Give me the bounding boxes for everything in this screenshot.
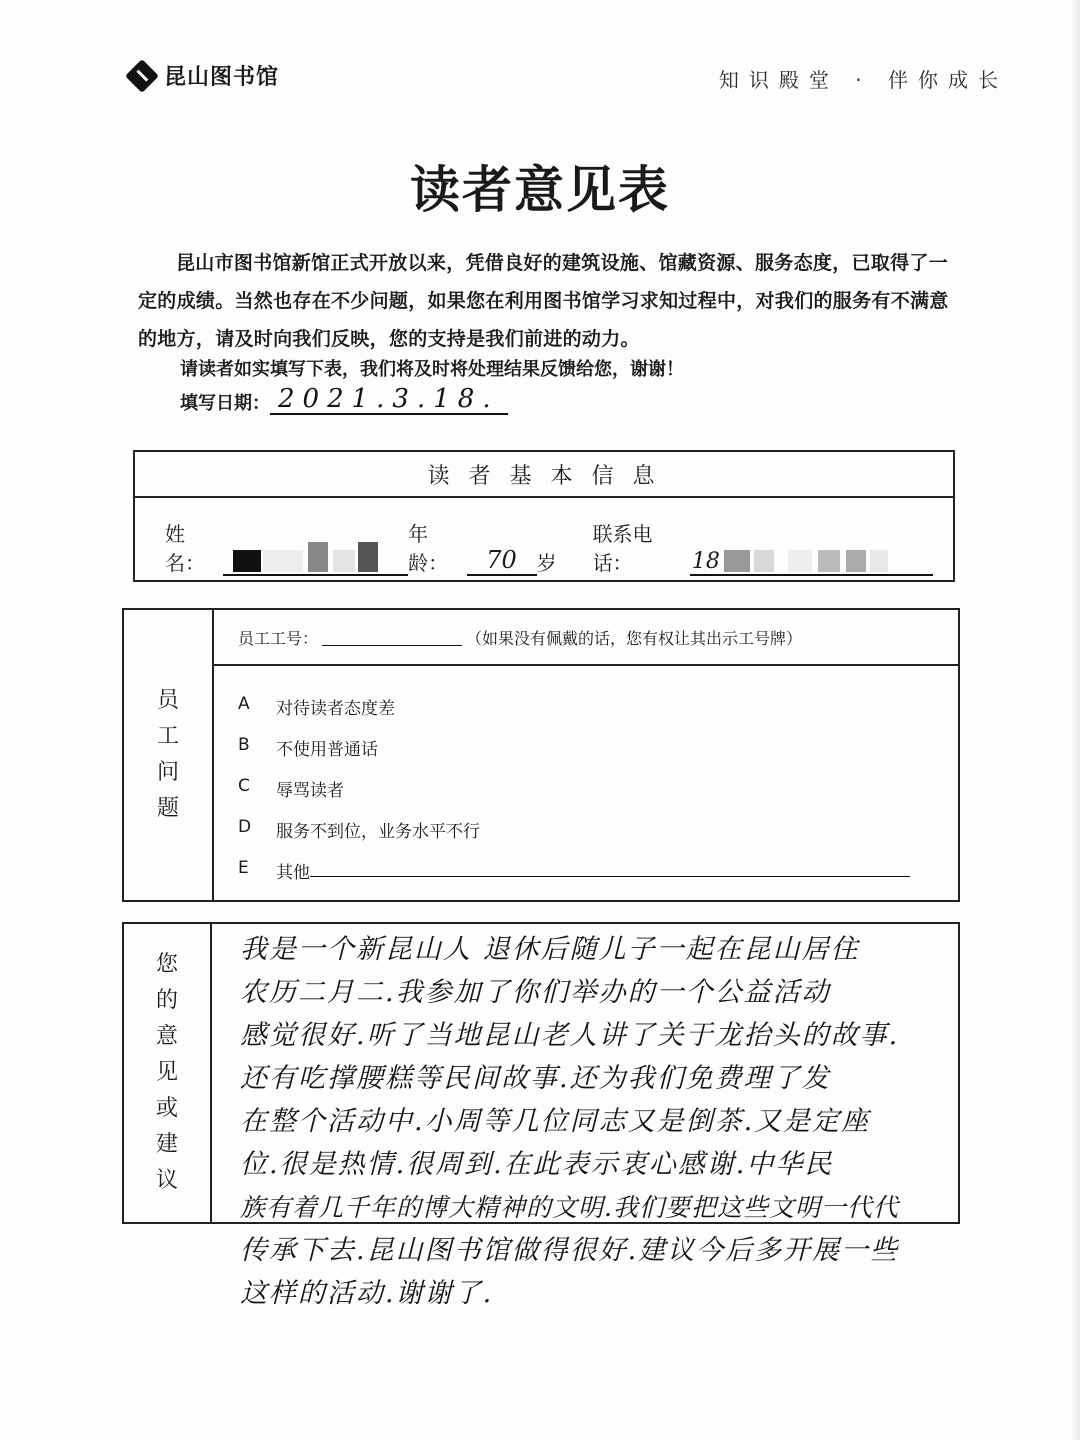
staff-id-label: 员工工号： [238, 626, 318, 649]
library-logo: 昆山图书馆 [130, 60, 279, 91]
label-char: 或 [156, 1091, 178, 1127]
handwritten-line: 位.很是热情.很周到.在此表示衷心感谢.中华民 [240, 1143, 1030, 1186]
phone-field[interactable]: 18 [690, 546, 933, 576]
request-text: 请读者如实填写下表，我们将及时将处理结果反馈给您，谢谢！ [180, 355, 684, 381]
date-field[interactable]: 2021.3.18. [270, 385, 508, 415]
label-char: 见 [156, 1055, 178, 1091]
redaction-block [818, 550, 840, 572]
redaction-block [308, 542, 328, 572]
option-d[interactable]: D 服务不到位，业务水平不行 [238, 817, 480, 842]
library-name: 昆山图书馆 [164, 60, 279, 91]
option-letter: A [238, 694, 276, 719]
option-text: 辱骂读者 [276, 776, 344, 801]
reader-info-heading: 读 者 基 本 信 息 [135, 452, 953, 498]
option-text: 不使用普通话 [276, 735, 378, 760]
label-char: 问 [157, 755, 179, 791]
name-field[interactable] [223, 546, 408, 576]
age-field[interactable]: 70 [467, 546, 537, 576]
option-letter: D [238, 817, 276, 842]
redaction-block [870, 550, 888, 572]
redaction-block [724, 550, 750, 572]
staff-issues-content: 员工工号： （如果没有佩戴的话，您有权让其出示工号牌） A 对待读者态度差 B … [214, 610, 958, 900]
option-c[interactable]: C 辱骂读者 [238, 776, 344, 801]
option-text: 对待读者态度差 [276, 694, 395, 719]
redaction-block [754, 550, 774, 572]
option-letter: B [238, 735, 276, 760]
feedback-form-page: 昆山图书馆 知识殿堂 · 伴你成长 读者意见表 昆山市图书馆新馆正式开放以来，凭… [0, 0, 1080, 1440]
opinion-label: 您 的 意 见 或 建 议 [124, 924, 212, 1222]
handwritten-line: 这样的活动.谢谢了. [240, 1272, 1030, 1315]
page-edge-shadow [1070, 0, 1080, 1440]
staff-id-row: 员工工号： （如果没有佩戴的话，您有权让其出示工号牌） [214, 610, 958, 666]
option-a[interactable]: A 对待读者态度差 [238, 694, 395, 719]
label-char: 工 [157, 719, 179, 755]
label-char: 建 [156, 1127, 178, 1163]
handwritten-line: 在整个活动中.小周等几位同志又是倒茶.又是定座 [240, 1100, 1030, 1143]
staff-id-field[interactable] [322, 629, 462, 646]
redaction-block [333, 550, 355, 572]
redaction-block [358, 542, 378, 572]
handwritten-line: 我是一个新昆山人 退休后随儿子一起在昆山居住 [240, 928, 1030, 971]
redaction-block [846, 550, 866, 572]
other-field[interactable] [310, 858, 910, 877]
option-letter: E [238, 858, 276, 883]
redaction-block [233, 550, 261, 572]
label-char: 议 [156, 1163, 178, 1199]
option-b[interactable]: B 不使用普通话 [238, 735, 378, 760]
label-char: 题 [157, 791, 179, 827]
age-label: 年龄： [408, 518, 466, 576]
redaction-block [263, 550, 303, 572]
handwritten-line: 族有着几千年的博大精神的文明.我们要把这些文明一代代 [240, 1186, 1030, 1229]
label-char: 员 [157, 683, 179, 719]
reader-info-box: 读 者 基 本 信 息 姓名： 年龄： 70 岁 联系电话： 18 [133, 450, 955, 582]
option-e[interactable]: E 其他 [238, 858, 910, 883]
form-title: 读者意见表 [0, 150, 1080, 222]
handwritten-line: 传承下去.昆山图书馆做得很好.建议今后多开展一些 [240, 1229, 1030, 1272]
redaction-block [788, 550, 812, 572]
handwritten-line: 还有吃撑腰糕等民间故事.还为我们免费理了发 [240, 1057, 1030, 1100]
staff-id-note: （如果没有佩戴的话，您有权让其出示工号牌） [466, 626, 802, 649]
age-unit: 岁 [537, 547, 557, 576]
staff-issues-box: 员 工 问 题 员工工号： （如果没有佩戴的话，您有权让其出示工号牌） A 对待… [122, 608, 960, 902]
library-book-logo-icon [125, 59, 159, 93]
handwritten-line: 农历二月二.我参加了你们举办的一个公益活动 [240, 971, 1030, 1014]
label-char: 意 [156, 1019, 178, 1055]
phone-label: 联系电话： [593, 518, 690, 576]
slogan: 知识殿堂 · 伴你成长 [719, 64, 1008, 93]
label-char: 的 [156, 983, 178, 1019]
option-text: 其他 [276, 858, 310, 883]
handwritten-line: 感觉很好.听了当地昆山老人讲了关于龙抬头的故事. [240, 1014, 1030, 1057]
opinion-handwritten-text[interactable]: 我是一个新昆山人 退休后随儿子一起在昆山居住 农历二月二.我参加了你们举办的一个… [240, 928, 1030, 1315]
fill-date-row: 填写日期： 2021.3.18. [180, 385, 508, 415]
staff-issues-label: 员 工 问 题 [124, 610, 214, 900]
intro-paragraph: 昆山市图书馆新馆正式开放以来，凭借良好的建筑设施、馆藏资源、服务态度，已取得了一… [138, 244, 958, 358]
date-label: 填写日期： [180, 389, 270, 415]
name-label: 姓名： [165, 518, 223, 576]
label-char: 您 [156, 947, 178, 983]
option-letter: C [238, 776, 276, 801]
reader-info-row: 姓名： 年龄： 70 岁 联系电话： 18 [165, 518, 933, 576]
option-text: 服务不到位，业务水平不行 [276, 817, 480, 842]
